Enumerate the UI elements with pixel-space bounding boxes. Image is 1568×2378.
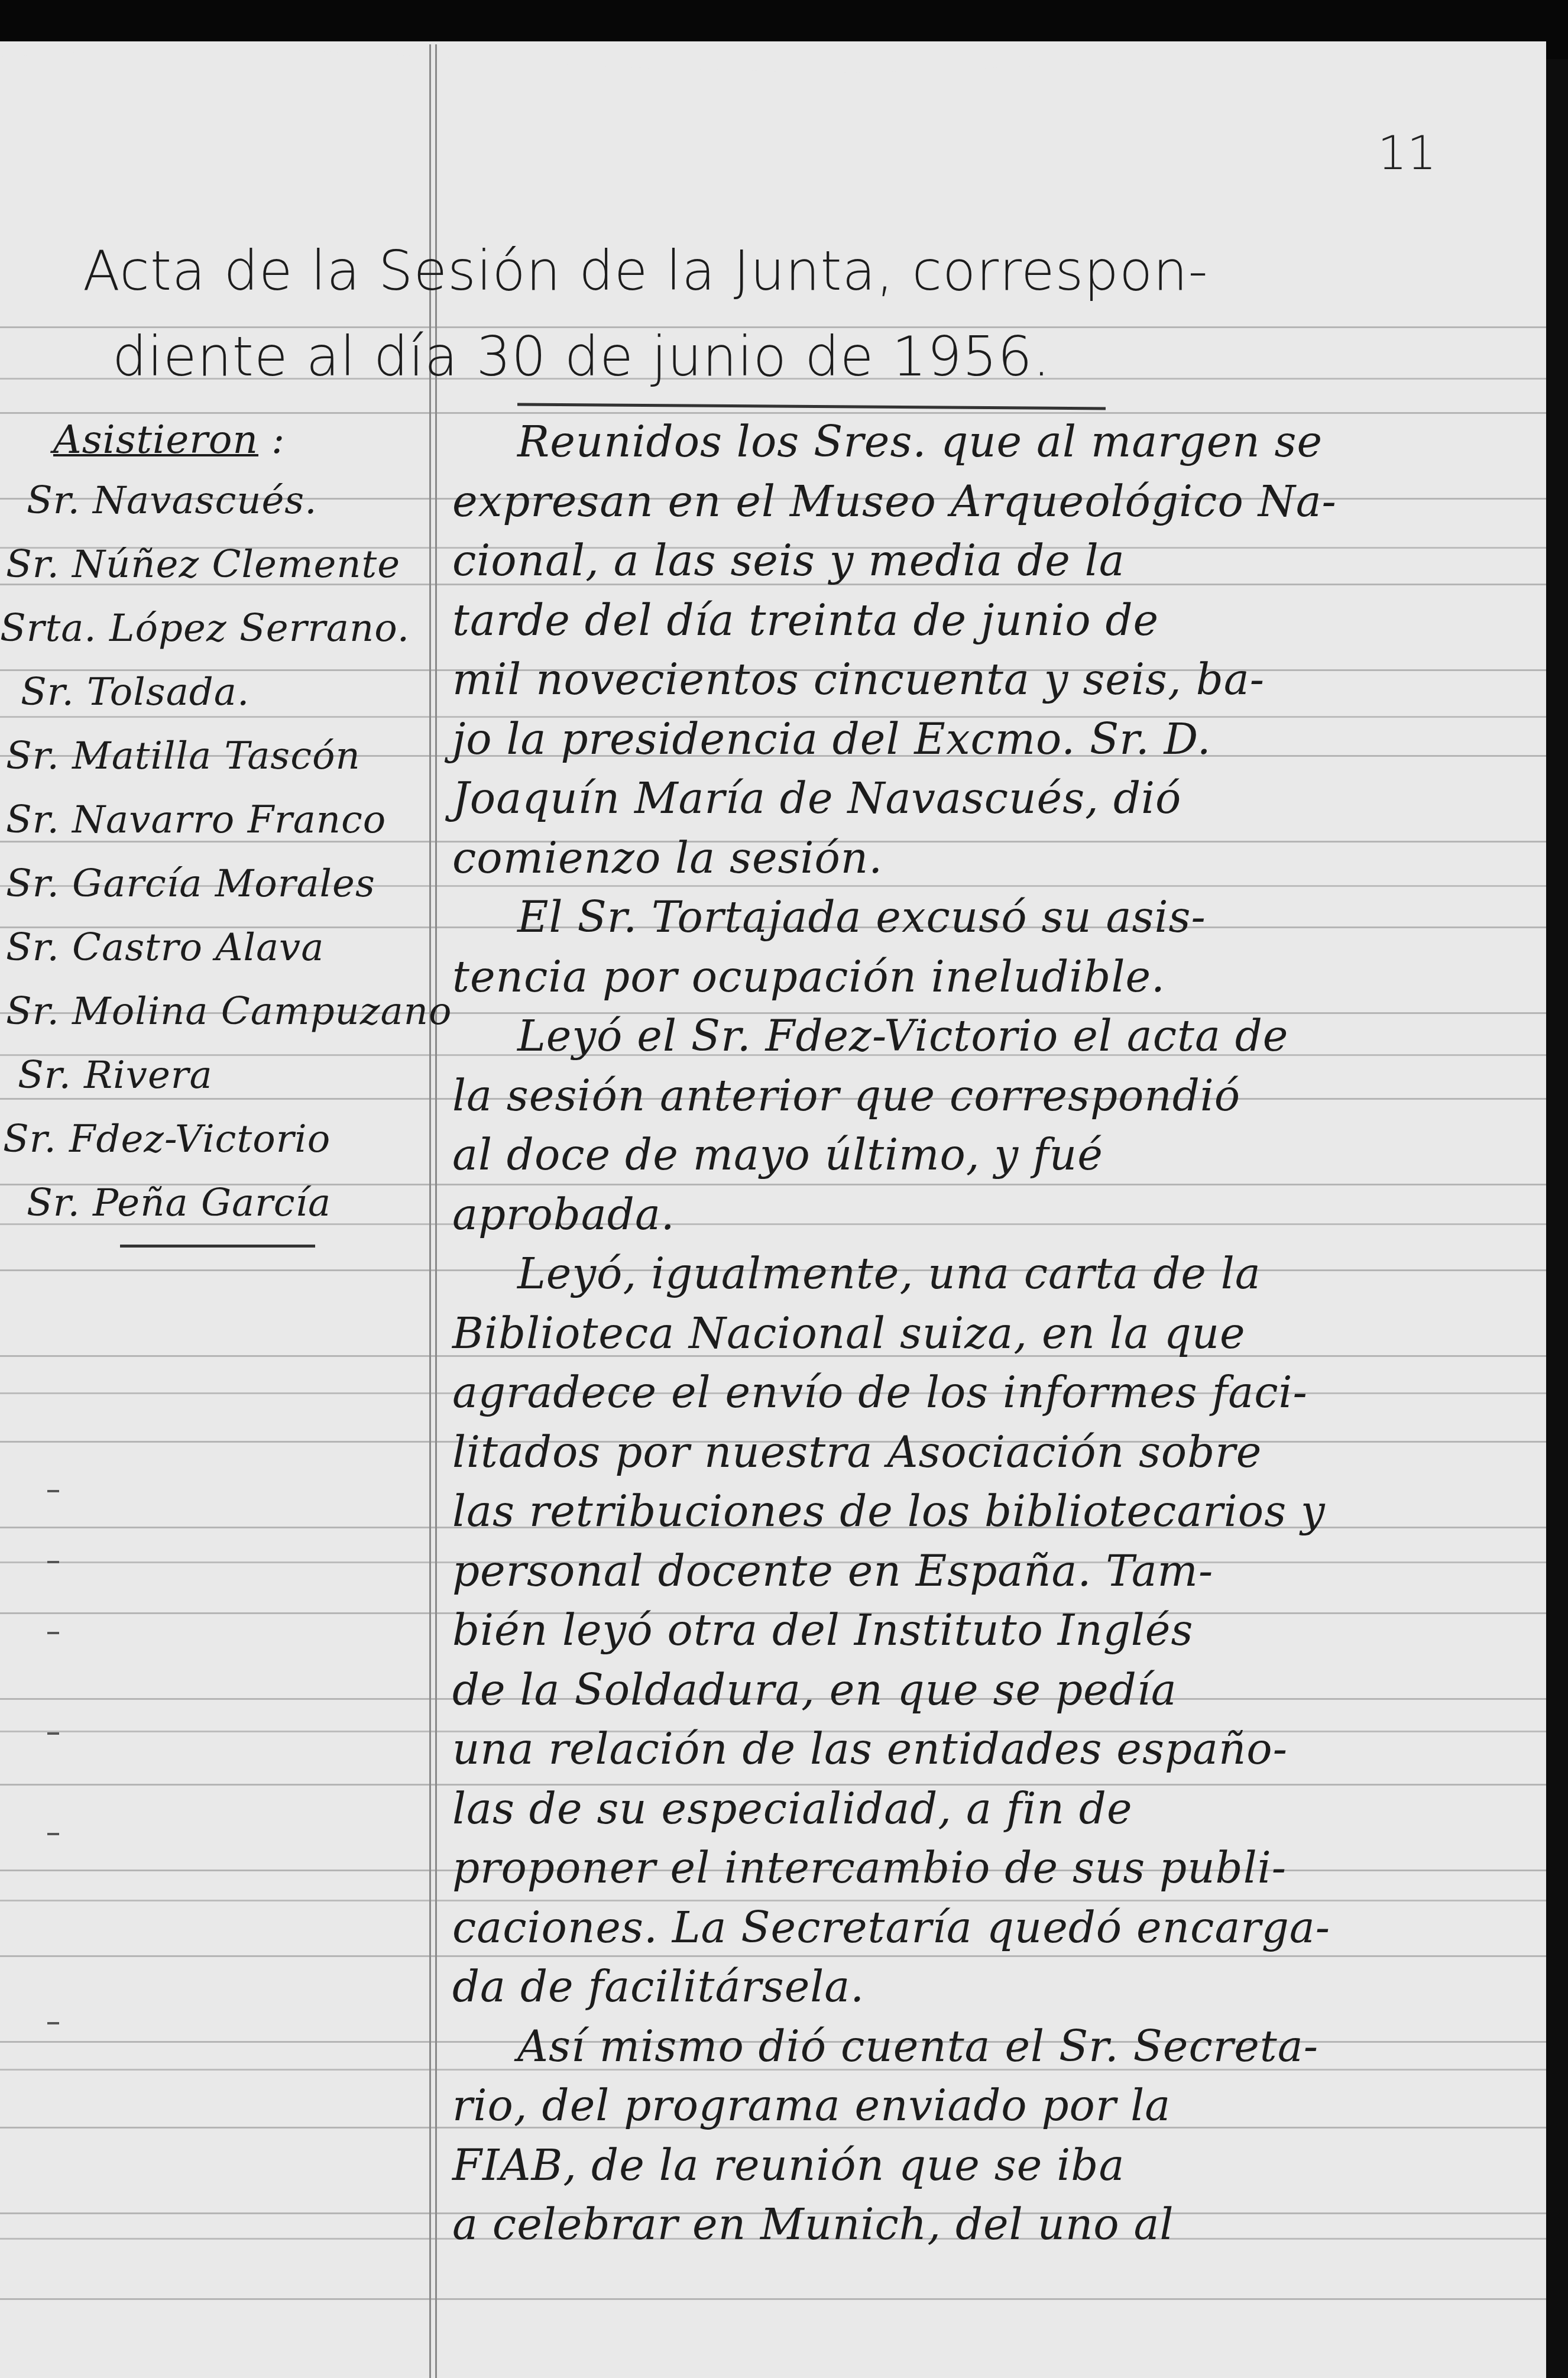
minutes-line: proponer el intercambio de sus publi-: [452, 1843, 1287, 1893]
minutes-line: la sesión anterior que correspondió: [452, 1071, 1240, 1120]
attendee-name: Srta. López Serrano.: [0, 607, 410, 650]
minutes-line: aprobada.: [452, 1190, 675, 1239]
attendee-name: Sr. Matilla Tascón: [6, 734, 361, 778]
attendee-list-end-rule: [120, 1245, 315, 1248]
margin-dash: [47, 1632, 59, 1634]
margin-dash: [47, 1490, 59, 1492]
minutes-line: Biblioteca Nacional suiza, en la que: [452, 1308, 1246, 1358]
minutes-line: tencia por ocupación ineludible.: [452, 952, 1165, 1002]
title-line-2: diente al día 30 de junio de 1956.: [112, 325, 1051, 388]
minutes-line: rio, del programa enviado por la: [452, 2081, 1171, 2130]
attendee-name: Sr. Molina Campuzano: [6, 990, 452, 1034]
minutes-line: las de su especialidad, a fin de: [452, 1784, 1133, 1833]
minutes-line: Joaquín María de Navascués, dió: [452, 773, 1181, 823]
minutes-line: agradece el envío de los informes faci-: [452, 1368, 1308, 1417]
margin-dash: [47, 1732, 59, 1735]
minutes-line: cional, a las seis y media de la: [452, 536, 1125, 585]
attendance-heading-label: Asistieron: [53, 417, 258, 462]
minutes-line: comienzo la sesión.: [452, 833, 883, 883]
attendee-name: Sr. García Morales: [6, 862, 375, 906]
minutes-line: tarde del día treinta de junio de: [452, 595, 1159, 645]
attendee-name: Sr. Fdez-Victorio: [3, 1117, 331, 1161]
minutes-line: Leyó, igualmente, una carta de la: [517, 1249, 1261, 1298]
minutes-line: personal docente en España. Tam-: [452, 1546, 1213, 1596]
margin-rule: [435, 44, 437, 2378]
minutes-line: FIAB, de la reunión que se iba: [452, 2140, 1125, 2190]
page-number: 11: [1378, 127, 1436, 180]
attendee-name: Sr. Rivera: [18, 1054, 213, 1097]
minutes-line: Leyó el Sr. Fdez-Victorio el acta de: [517, 1011, 1288, 1061]
attendee-name: Sr. Tolsada.: [21, 670, 250, 714]
attendee-name: Sr. Navascués.: [27, 479, 318, 523]
minutes-line: Reunidos los Sres. que al margen se: [517, 417, 1323, 466]
minutes-line: da de facilitársela.: [452, 1962, 864, 2011]
minutes-line: una relación de las entidades españo-: [452, 1724, 1288, 1774]
title-line-1: Acta de la Sesión de la Junta, correspon…: [83, 239, 1209, 303]
margin-rule: [429, 44, 431, 2378]
minutes-line: El Sr. Tortajada excusó su asis-: [517, 892, 1206, 942]
minutes-line: de la Soldadura, en que se pedía: [452, 1665, 1177, 1715]
minutes-line: mil novecientos cincuenta y seis, ba-: [452, 655, 1265, 704]
minutes-line: expresan en el Museo Arqueológico Na-: [452, 477, 1337, 526]
minutes-line: Así mismo dió cuenta el Sr. Secreta-: [517, 2021, 1318, 2071]
attendee-name: Sr. Castro Alava: [6, 926, 324, 970]
attendee-name: Sr. Navarro Franco: [6, 798, 386, 842]
minutes-line: las retribuciones de los bibliotecarios …: [452, 1486, 1326, 1536]
margin-dash: [47, 1561, 59, 1563]
attendee-name: Sr. Peña García: [27, 1181, 331, 1225]
minutes-line: a celebrar en Munich, del uno al: [452, 2199, 1174, 2249]
attendance-heading-colon: :: [271, 417, 285, 462]
attendee-name: Sr. Núñez Clemente: [6, 543, 400, 587]
page-right-edge: [1546, 59, 1568, 2378]
minutes-line: litados por nuestra Asociación sobre: [452, 1427, 1262, 1477]
minutes-line: caciones. La Secretaría quedó encarga-: [452, 1903, 1330, 1952]
minutes-line: jo la presidencia del Excmo. Sr. D.: [452, 714, 1211, 764]
minutes-line: al doce de mayo último, y fué: [452, 1130, 1103, 1180]
attendance-heading: Asistieron :: [53, 417, 285, 462]
margin-dash: [47, 1833, 59, 1835]
minutes-line: bién leyó otra del Instituto Inglés: [452, 1605, 1193, 1655]
margin-dash: [47, 2022, 59, 2024]
